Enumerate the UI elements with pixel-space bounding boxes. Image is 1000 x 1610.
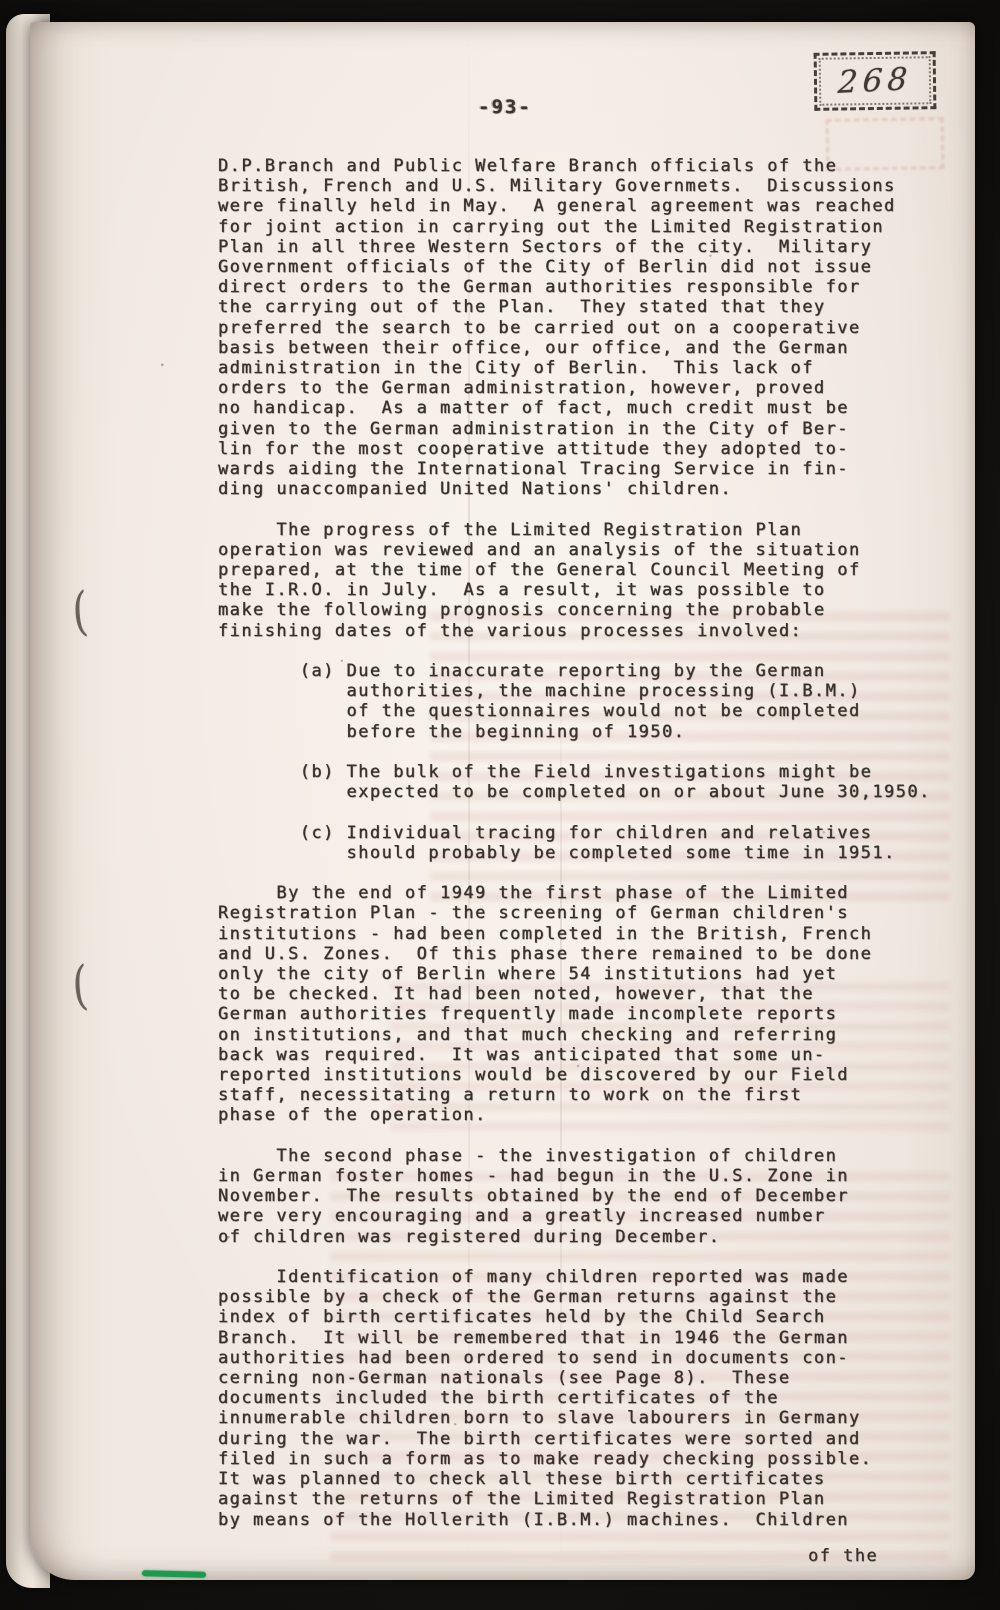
text-line: only the city of Berlin where 54 institu…	[218, 964, 938, 984]
text-line: prepared, at the time of the General Cou…	[218, 560, 938, 580]
text-line: (a) Due to inaccurate reporting by the G…	[218, 661, 938, 681]
text-line: in German foster homes - had begun in th…	[218, 1166, 938, 1186]
text-line	[218, 499, 938, 519]
green-ink-mark	[142, 1570, 206, 1578]
text-line: finishing dates of the various processes…	[218, 621, 938, 641]
handwritten-margin-mark: (	[70, 956, 89, 1017]
text-line: expected to be completed on or about Jun…	[218, 782, 938, 802]
text-line: (c) Individual tracing for children and …	[218, 823, 938, 843]
typewritten-text: D.P.Branch and Public Welfare Branch off…	[218, 156, 938, 1530]
text-line: institutions - had been completed in the…	[218, 924, 938, 944]
text-line: for joint action in carrying out the Lim…	[218, 217, 938, 237]
text-line: given to the German administration in th…	[218, 419, 938, 439]
text-line: (b) The bulk of the Field investigations…	[218, 762, 938, 782]
text-line	[218, 641, 938, 661]
text-line: Plan in all three Western Sectors of the…	[218, 237, 938, 257]
text-line: cerning non-German nationals (see Page 8…	[218, 1368, 938, 1388]
text-line: and U.S. Zones. Of this phase there rema…	[218, 944, 938, 964]
scanned-document-photo: { "page": { "stamp_number": "268", "page…	[0, 0, 1000, 1610]
text-line	[218, 742, 938, 762]
text-line: direct orders to the German authorities …	[218, 277, 938, 297]
text-line: Branch. It will be remembered that in 19…	[218, 1328, 938, 1348]
text-line: ding unaccompanied United Nations' child…	[218, 479, 938, 499]
handwritten-margin-mark: (	[70, 582, 89, 643]
text-line: administration in the City of Berlin. Th…	[218, 358, 938, 378]
text-line	[218, 863, 938, 883]
text-line: possible by a check of the German return…	[218, 1287, 938, 1307]
text-line: were very encouraging and a greatly incr…	[218, 1206, 938, 1226]
text-line: The progress of the Limited Registration…	[218, 520, 938, 540]
text-line: Registration Plan - the screening of Ger…	[218, 903, 938, 923]
text-line: of children was registered during Decemb…	[218, 1227, 938, 1247]
text-line: the carrying out of the Plan. They state…	[218, 297, 938, 317]
text-line: were finally held in May. A general agre…	[218, 196, 938, 216]
text-line: By the end of 1949 the first phase of th…	[218, 883, 938, 903]
text-line: D.P.Branch and Public Welfare Branch off…	[218, 156, 938, 176]
text-line: phase of the operation.	[218, 1105, 938, 1125]
text-line: filed in such a form as to make ready ch…	[218, 1449, 938, 1469]
text-line: by means of the Hollerith (I.B.M.) machi…	[218, 1510, 938, 1530]
text-line: during the war. The birth certificates w…	[218, 1429, 938, 1449]
text-line: lin for the most cooperative attitude th…	[218, 439, 938, 459]
text-line: reported institutions would be discovere…	[218, 1065, 938, 1085]
text-line: on institutions, and that much checking …	[218, 1025, 938, 1045]
text-line: Government officials of the City of Berl…	[218, 257, 938, 277]
text-line: no handicap. As a matter of fact, much c…	[218, 398, 938, 418]
text-line: authorities, the machine processing (I.B…	[218, 681, 938, 701]
text-line: documents included the birth certificate…	[218, 1388, 938, 1408]
text-line: of the questionnaires would not be compl…	[218, 701, 938, 721]
text-line: index of birth certificates held by the …	[218, 1307, 938, 1327]
page-number: -93-	[478, 96, 532, 118]
text-line: basis between their office, our office, …	[218, 338, 938, 358]
text-line: the I.R.O. in July. As a result, it was …	[218, 580, 938, 600]
text-line: should probably be completed some time i…	[218, 843, 938, 863]
archive-number-stamp: 268	[814, 51, 937, 111]
text-line: to be checked. It had been noted, howeve…	[218, 984, 938, 1004]
text-line	[218, 1126, 938, 1146]
text-line: back was required. It was anticipated th…	[218, 1045, 938, 1065]
text-line: The second phase - the investigation of …	[218, 1146, 938, 1166]
text-line: staff, necessitating a return to work on…	[218, 1085, 938, 1105]
text-line: preferred the search to be carried out o…	[218, 318, 938, 338]
text-line: British, French and U.S. Military Govern…	[218, 176, 938, 196]
text-line	[218, 1247, 938, 1267]
text-line: before the beginning of 1950.	[218, 722, 938, 742]
text-line: wards aiding the International Tracing S…	[218, 459, 938, 479]
text-line: authorities had been ordered to send in …	[218, 1348, 938, 1368]
text-line: November. The results obtained by the en…	[218, 1186, 938, 1206]
document-page: 268 -93- ( ( D.P.Branch and Public Welfa…	[30, 22, 975, 1580]
text-line: against the returns of the Limited Regis…	[218, 1489, 938, 1509]
catchword: of the	[808, 1546, 878, 1566]
text-line: make the following prognosis concerning …	[218, 600, 938, 620]
text-line: It was planned to check all these birth …	[218, 1469, 938, 1489]
text-line: Identification of many children reported…	[218, 1267, 938, 1287]
text-line: operation was reviewed and an analysis o…	[218, 540, 938, 560]
text-line	[218, 802, 938, 822]
stamp-number: 268	[837, 61, 913, 101]
text-line: German authorities frequently made incom…	[218, 1004, 938, 1024]
text-line: innumerable children born to slave labou…	[218, 1408, 938, 1428]
text-line: orders to the German administration, how…	[218, 378, 938, 398]
